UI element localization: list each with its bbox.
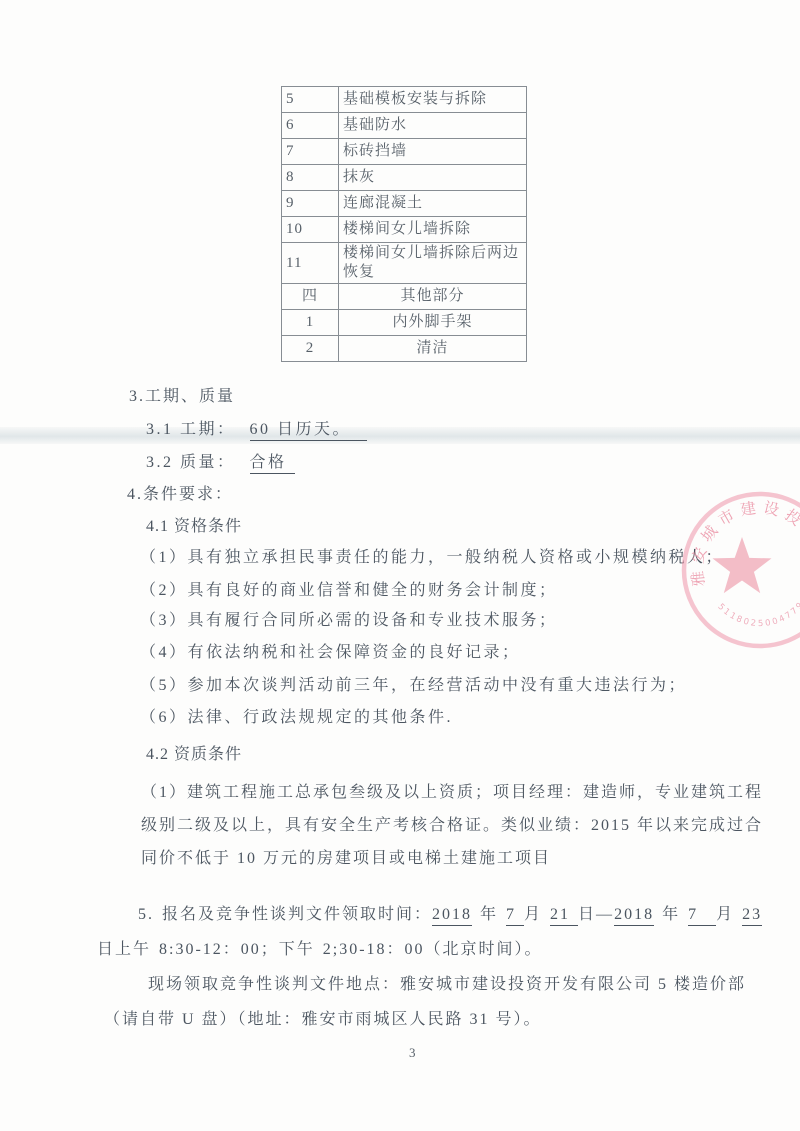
section41-heading: 4.1 资格条件 [146,513,242,536]
scan-artifact-band [0,427,800,444]
table-row: 9 连廊混凝土 [282,191,527,217]
qualification-item-6: （6）法律、行政法规规定的其他条件. [140,704,453,727]
table-row: 1 内外脚手架 [282,310,527,336]
row-desc-cell: 清洁 [339,336,527,362]
row-desc-cell: 基础模板安装与拆除 [339,87,527,113]
seal-company-text: 雅安城市建设投资开发有限公司 [612,470,800,593]
section5-segment: 7 [506,906,524,926]
table-row: 8 抹灰 [282,165,527,191]
section6-paragraph: 现场领取竞争性谈判文件地点：雅安城市建设投资开发有限公司 5 楼造价部（请自带 … [104,967,780,1037]
quality-value: 合格 [250,454,295,474]
section5-segment: 月 [524,906,550,923]
page-number: 3 [409,1045,416,1061]
official-seal: 雅安城市建设投资开发有限公司 5118025004779 [612,470,800,680]
section5-segment: 23 [742,906,762,926]
section32-line: 3.2 质量：合格 [146,449,295,472]
document-page: 5 基础模板安装与拆除 6 基础防水 7 标砖挡墙 8 抹灰 [0,0,800,1131]
row-number-cell: 10 [282,217,339,243]
duration-label: 3.1 工期： [146,421,236,438]
row-desc-cell: 基础防水 [339,113,527,139]
table-body: 5 基础模板安装与拆除 6 基础防水 7 标砖挡墙 8 抹灰 [282,87,527,362]
section5-line2: 日上午 8:30-12：00；下午 2;30-18：00（北京时间）。 [97,932,777,967]
row-desc-cell: 连廊混凝土 [339,191,527,217]
row-number-cell: 11 [282,243,339,284]
row-number-cell: 7 [282,139,339,165]
row-desc-cell: 楼梯间女儿墙拆除 [339,217,527,243]
section5-segment: 2018 [432,906,472,926]
qualification-item-2: （2）具有良好的商业信誉和健全的财务会计制度； [140,577,558,600]
row-number-cell: 9 [282,191,339,217]
row-number-cell: 2 [282,336,339,362]
table-row: 四 其他部分 [282,284,527,310]
table-row: 5 基础模板安装与拆除 [282,87,527,113]
work-items-table: 5 基础模板安装与拆除 6 基础防水 7 标砖挡墙 8 抹灰 [281,86,527,362]
row-desc-cell: 内外脚手架 [339,310,527,336]
section5-segment: 5. 报名及竞争性谈判文件领取时间： [138,906,432,923]
table-row: 10 楼梯间女儿墙拆除 [282,217,527,243]
qualification-item-1: （1）具有独立承担民事责任的能力，一般纳税人资格或小规模纳税人； [140,544,724,567]
section42-paragraph: （1）建筑工程施工总承包叁级及以上资质；项目经理：建造师，专业建筑工程级别二级及… [141,776,777,875]
table-row: 2 清洁 [282,336,527,362]
row-number-cell: 四 [282,284,339,310]
table-row: 6 基础防水 [282,113,527,139]
section5-paragraph: 5. 报名及竞争性谈判文件领取时间：2018 年 7 月 21 日—2018 年… [97,897,777,967]
section5-segment: 2018 [614,906,654,926]
section5-line1: 5. 报名及竞争性谈判文件领取时间：2018 年 7 月 21 日—2018 年… [138,906,762,926]
section5-segment: 21 [550,906,578,926]
section5-segment: 年 [654,906,688,923]
section42-heading: 4.2 资质条件 [146,741,242,764]
section3-heading: 3.工期、质量 [129,383,235,406]
table-row: 7 标砖挡墙 [282,139,527,165]
table-row: 11 楼梯间女儿墙拆除后两边恢复 [282,243,527,284]
qualification-item-3: （3）具有履行合同所必需的设备和专业技术服务； [140,607,558,630]
section5-segment: 日— [578,906,614,923]
row-number-cell: 1 [282,310,339,336]
row-number-cell: 6 [282,113,339,139]
row-number-cell: 5 [282,87,339,113]
qualification-item-5: （5）参加本次谈判活动前三年，在经营活动中没有重大违法行为； [140,672,687,695]
row-desc-cell: 标砖挡墙 [339,139,527,165]
section5-segment: 7 [688,906,716,926]
row-number-cell: 8 [282,165,339,191]
seal-ring [684,494,800,646]
section31-line: 3.1 工期：60 日历天。 [146,416,367,439]
section5-segment: 月 [716,906,742,923]
section5-segment: 年 [472,906,506,923]
section4-heading: 4.条件要求： [127,481,233,504]
row-desc-cell: 其他部分 [339,284,527,310]
quality-label: 3.2 质量： [146,454,236,471]
qualification-item-4: （4）有依法纳税和社会保障资金的良好记录； [140,639,521,662]
duration-value: 60 日历天。 [250,421,368,441]
row-desc-cell: 楼梯间女儿墙拆除后两边恢复 [339,243,527,284]
row-desc-cell: 抹灰 [339,165,527,191]
seal-serial-text: 5118025004779 [716,599,800,629]
